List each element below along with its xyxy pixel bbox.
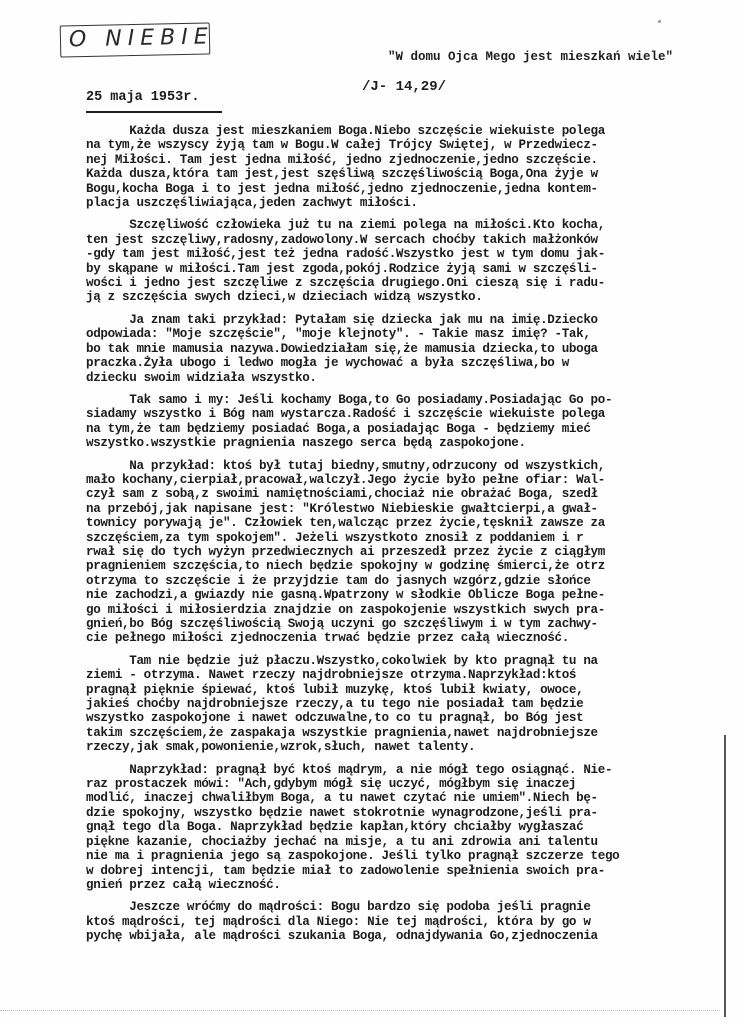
text-line: nie ma i pragnienia jego są zaspokojone.… [86, 849, 722, 863]
text-line: gnął tego dla Boga. Naprzykład będzie ka… [86, 820, 722, 834]
text-line: odpowiada: "Moje szczęście", "moje klejn… [86, 327, 722, 341]
paragraph-5: Na przykład: ktoś był tutaj biedny,smutn… [86, 459, 722, 646]
text-line: w dobrej intencji, tam będzie miał to za… [86, 864, 722, 878]
text-line: cie pełnego miłości zjednoczenia trwać b… [86, 631, 722, 645]
text-line: gnień,bo Bóg szczęśliwością Swoją uczyni… [86, 617, 722, 631]
text-line: na przebój,jak napisane jest: "Królestwo… [86, 502, 722, 516]
text-line: townicy porywają je". Człowiek ten,walcz… [86, 516, 722, 530]
epigraph-quote: "W domu Ojca Mego jest mieszkań wiele" [388, 50, 673, 64]
text-line: szczęściem,za tym spokojem". Jeżeli wszy… [86, 531, 722, 545]
body-text: Każda dusza jest mieszkaniem Boga.Niebo … [86, 124, 722, 952]
scan-speck [658, 20, 661, 23]
text-line: -gdy tam jest miłość,jest też jedna rado… [86, 247, 722, 261]
text-line: Bogu,kocha Boga i to jest jedna miłość,j… [86, 182, 722, 196]
text-line: pragnął pięknie śpiewać, ktoś lubił muzy… [86, 683, 722, 697]
text-line: Ja znam taki przykład: Pytałam się dziec… [86, 313, 722, 327]
text-line: Jeszcze wróćmy do mądrości: Bogu bardzo … [86, 900, 722, 914]
text-line: jakieś choćby najdrobniejsze rzeczy,a tu… [86, 697, 722, 711]
paragraph-7: Naprzykład: pragnął być ktoś mądrym, a n… [86, 763, 722, 893]
text-line: dziecku swoim widziała wszystko. [86, 371, 722, 385]
paragraph-2: Szczęliwość człowieka już tu na ziemi po… [86, 218, 722, 304]
text-line: na tym,że wszyscy żyją tam w Bogu.W całe… [86, 138, 722, 152]
text-line: na tym,że tam będziemy posiadać Boga,a p… [86, 422, 722, 436]
paragraph-6: Tam nie będzie już płaczu.Wszystko,cokol… [86, 654, 722, 755]
text-line: Każda dusza,która tam jest,jest szęśliwą… [86, 167, 722, 181]
text-line: nie zachodzi,a gwiazdy nie gasną.Wpatrzo… [86, 588, 722, 602]
paragraph-3: Ja znam taki przykład: Pytałam się dziec… [86, 313, 722, 385]
text-line: wości i jedno jest szczęliwe z szczęścia… [86, 276, 722, 290]
typewritten-page: O NIEBIE "W domu Ojca Mego jest mieszkań… [0, 0, 744, 1024]
text-line: rzeczy,jak smak,powonienie,wzrok,słuch, … [86, 740, 722, 754]
text-line: nej Miłości. Tam jest jedna miłość, jedn… [86, 153, 722, 167]
paragraph-1: Każda dusza jest mieszkaniem Boga.Niebo … [86, 124, 722, 210]
scan-edge-line [724, 735, 726, 1017]
text-line: Szczęliwość człowieka już tu na ziemi po… [86, 218, 722, 232]
text-line: otrzyma to szczęście i że przyjdzie tam … [86, 574, 722, 588]
text-line: ten jest szczęliwy,radosny,zadowolony.W … [86, 233, 722, 247]
text-line: placja uszczęśliwiająca,jeden zachwyt mi… [86, 196, 722, 210]
date-underline [86, 111, 222, 113]
text-line: piękne kazanie, chociażby jechać na misj… [86, 835, 722, 849]
text-line: dzie spokojny, wszystko będzie nawet sto… [86, 806, 722, 820]
text-line: wszystko zaspokojone i nawet odczuwalne,… [86, 711, 722, 725]
text-line: takim szczęściem,że zaspakaja wszystkie … [86, 726, 722, 740]
handwritten-title: O NIEBIE [69, 24, 214, 52]
text-line: by skąpane w miłości.Tam jest zgoda,pokó… [86, 262, 722, 276]
text-line: raz prostaczek mówi: "Ach,gdybym mógł si… [86, 777, 722, 791]
text-line: pychę wbijała, ale mądrości szukania Bog… [86, 929, 722, 943]
text-line: go miłości i miłosierdzia znajdzie on za… [86, 603, 722, 617]
text-line: Naprzykład: pragnął być ktoś mądrym, a n… [86, 763, 722, 777]
text-line: praczka.Żyła ubogo i ledwo mogła je wych… [86, 356, 722, 370]
document-date: 25 maja 1953r. [86, 90, 199, 105]
text-line: modlić, inaczej chwaliłbym Boga, a tu na… [86, 791, 722, 805]
handwritten-title-box: O NIEBIE [60, 22, 211, 57]
text-line: czył sam z sobą,z swoimi namiętnościami,… [86, 487, 722, 501]
text-line: Tak samo i my: Jeśli kochamy Boga,to Go … [86, 393, 722, 407]
text-line: wszystko.wszystkie pragnienia naszego se… [86, 436, 722, 450]
text-line: gnień przez całą wieczność. [86, 878, 722, 892]
text-line: bo tak mnie mamusia nazywa.Dowiedziałam … [86, 342, 722, 356]
text-line: ktoś mądrości, tej mądrości dla Niego: N… [86, 915, 722, 929]
text-line: mało kochany,cierpiał,pracował,walczył.J… [86, 473, 722, 487]
text-line: siadamy wszystko i Bóg nam wystarcza.Rad… [86, 407, 722, 421]
epigraph: "W domu Ojca Mego jest mieszkań wiele" /… [358, 35, 673, 125]
scan-noise [0, 1010, 720, 1012]
epigraph-reference: /J- 14,29/ [362, 80, 673, 95]
paragraph-4: Tak samo i my: Jeśli kochamy Boga,to Go … [86, 393, 722, 451]
text-line: Każda dusza jest mieszkaniem Boga.Niebo … [86, 124, 722, 138]
text-line: ją z szczęścia swych dzieci,w dzieciach … [86, 290, 722, 304]
text-line: Tam nie będzie już płaczu.Wszystko,cokol… [86, 654, 722, 668]
text-line: ziemi - otrzyma. Nawet rzeczy najdrobnie… [86, 668, 722, 682]
text-line: rwał się do tych wyżyn przedwiecznych ai… [86, 545, 722, 559]
paragraph-8: Jeszcze wróćmy do mądrości: Bogu bardzo … [86, 900, 722, 943]
text-line: pragnieniem szczęścia,to niech będzie sp… [86, 559, 722, 573]
text-line: Na przykład: ktoś był tutaj biedny,smutn… [86, 459, 722, 473]
